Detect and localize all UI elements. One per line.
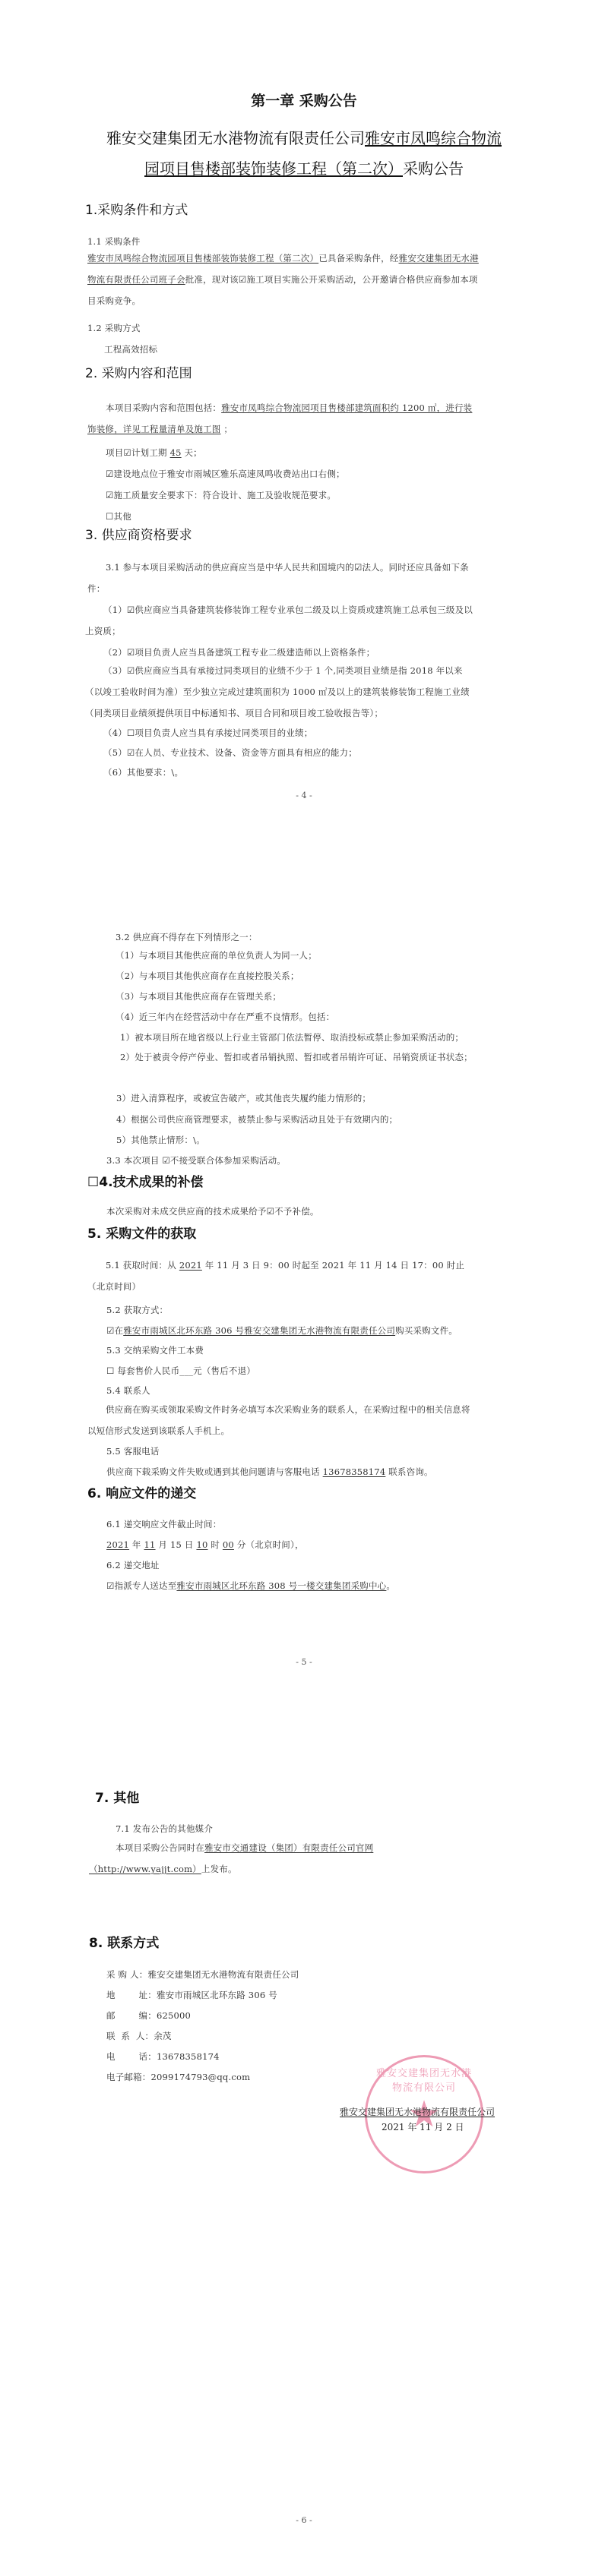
label: 邮 编： [106,2010,157,2021]
section-5-3-label: 5.3 交纳采购文件工本费 [106,1344,204,1356]
label: 电 话： [106,2051,157,2062]
day: 15 [170,1539,182,1550]
section-6-2-label: 6.2 递交地址 [106,1559,160,1571]
text: 上发布。 [201,1864,237,1874]
seal-text: 雅安交建集团无水港物流有限公司 [372,2065,477,2094]
section-5-heading: 5. 采购文件的获取 [87,1223,196,1242]
section-3-1-intro: 3.1 参与本项目采购活动的供应商应当是中华人民共和国境内的☑法人。同时还应具备… [87,557,479,599]
section-6-heading: 6. 响应文件的递交 [87,1482,196,1501]
section-7-heading: 7. 其他 [95,1787,139,1806]
hour: 10 [196,1539,207,1550]
exclusion-sub-2: 2）处于被责令停产停业、暂扣或者吊销执照、暂扣或者吊销许可证、吊销资质证书状态； [87,1046,479,1068]
exclusion-sub-4: 4）根据公司供应商管理要求，被禁止参与采购活动且处于有效期内的； [116,1113,397,1125]
section-1-2-label: 1.2 采购方式 [87,322,141,334]
text: 供应商下载采购文件失败或遇到其他问题请与客服电话 [106,1466,323,1477]
page-number: - 6 - [0,2515,608,2525]
project-name: 雅安市凤鸣综合物流园项目售楼部装饰装修工程（第二次） [87,253,318,264]
exclusion-item-2: （2）与本项目其他供应商存在直接控股关系； [116,970,299,982]
exclusion-item-4: （4）近三年内在经营活动中存在严重不良情形。包括： [116,1011,334,1023]
exclusion-sub-5: 5）其他禁止情形：\。 [116,1134,205,1146]
text: 施工质量安全要求下：符合设计、施工及验收规范要求。 [114,490,337,500]
value: 雅安市雨城区北环东路 306 号 [157,1990,277,2000]
contact-email: 电子邮箱：2099174793@qq.com [106,2071,250,2083]
section-3-2-intro: 3.2 供应商不得存在下列情形之一： [116,931,258,943]
label: 地 址： [106,1990,157,2000]
label: 联 系 人： [106,2031,154,2041]
text: 联系咨询。 [385,1466,432,1477]
contact-phone: 电 话：13678358174 [106,2050,220,2063]
checkbox-checked-icon: ☑ [106,490,114,500]
service-phone: 13678358174 [323,1466,386,1477]
scope-item-duration: 项目☑计划工期 45 天； [106,447,202,459]
section-5-5-label: 5.5 客服电话 [106,1445,160,1457]
text: 本项目采购公告同时在 [116,1842,204,1853]
text: ； [221,424,233,434]
title-prefix: 雅安交建集团无水港物流有限责任公司 [106,129,365,147]
page-number: - 5 - [0,1657,608,1667]
address: 雅安市雨城区北环东路 308 号一楼交建集团采购中心 [176,1580,386,1591]
text: 本项目采购内容和范围包括： [106,402,221,413]
value: 2099174793@qq.com [151,2072,251,2082]
duration-days: 45 [170,447,182,458]
year: 2021 [106,1539,129,1550]
section-4-heading: ☐4.技术成果的补偿 [87,1171,204,1190]
qualification-item-4: （4）☐项目负责人应当具有承接过同类项目的业绩； [85,722,479,743]
section-1-1-text: 雅安市凤鸣综合物流园项目售楼部装饰装修工程（第二次）已具备采购条件，经雅安交建集… [87,248,479,311]
exclusion-sub-1: 1）被本项目所在地省级以上行业主管部门依法暂停、取消投标或禁止参加采购活动的； [120,1031,464,1043]
contact-address: 地 址：雅安市雨城区北环东路 306 号 [106,1989,277,2001]
compensation-text: 本次采购对未成交供应商的技术成果给予☑不予补偿。 [106,1205,319,1217]
label: 采 购 人： [106,1969,148,1980]
text: 5.1 获取时间：从 [106,1260,179,1271]
contact-person: 联 系 人：余茂 [106,2030,172,2042]
scope-item-quality: ☑施工质量安全要求下：符合设计、施工及验收规范要求。 [106,489,336,501]
text: 已具备采购条件，经 [318,253,398,264]
section-3-3: 3.3 本次项目 ☑不接受联合体参加采购活动。 [106,1154,286,1166]
qualification-item-5: （5）☑在人员、专业技术、设备、资金等方面具有相应的能力； [85,742,479,763]
value: 13678358174 [157,2051,220,2062]
value: 625000 [157,2010,191,2021]
section-3-heading: 3. 供应商资格要求 [85,524,192,543]
value: 余茂 [154,2031,171,2041]
title-project-part1: 雅安市凤鸣综合物流 [365,129,502,147]
text: 购买采购文件。 [395,1325,458,1336]
text: 建设地点位于雅安市雨城区雅乐高速凤鸣收费站出口右侧； [114,469,345,479]
exclusion-item-3: （3）与本项目其他供应商存在管理关系； [116,990,281,1002]
section-5-2-label: 5.2 获取方式： [106,1304,168,1316]
acquisition-method: ☑在雅安市雨城区北环东路 306 号雅安交建集团无水港物流有限责任公司购买采购文… [106,1324,458,1337]
section-7-1-label: 7.1 发布公告的其他媒介 [116,1823,213,1835]
chapter-title: 第一章 采购公告 [0,90,608,110]
signature-date: 2021 年 11 月 2 日 [382,2120,464,2133]
contact-note: 供应商在购买或领取采购文件时务必填写本次采购业务的联系人，在采购过程中的相关信息… [87,1399,479,1441]
section-6-1-label: 6.1 递交响应文件截止时间： [106,1518,221,1530]
acquisition-address: 雅安市雨城区北环东路 306 号雅安交建集团无水港物流有限责任公司 [123,1325,395,1336]
text: ☑在 [106,1325,123,1336]
year: 2021 [179,1260,202,1271]
section-5-4-label: 5.4 联系人 [106,1384,150,1397]
text: 计划工期 [131,447,170,458]
contact-buyer: 采 购 人：雅安交建集团无水港物流有限责任公司 [106,1968,299,1981]
acquisition-time: 5.1 获取时间：从 2021 年 11 月 3 日 9：00 时起至 2021… [87,1255,479,1297]
value: 雅安交建集团无水港物流有限责任公司 [148,1969,299,1980]
qualification-item-3: （3）☑供应商应当具有承接过同类项目的业绩不少于 1 个,同类项目业绩是指 20… [85,660,479,724]
exclusion-item-1: （1）与本项目其他供应商的单位负责人为同一人； [116,949,317,961]
qualification-item-1: （1）☑供应商应当具备建筑装修装饰工程专业承包二级及以上资质或建筑施工总承包三级… [85,599,479,642]
exclusion-sub-3: 3）进入清算程序，或被宣告破产，或其他丧失履约能力情形的； [116,1092,371,1104]
qualification-item-6: （6）其他要求：\。 [85,762,479,783]
label: 电子邮箱： [106,2072,151,2082]
service-phone-text: 供应商下载采购文件失败或遇到其他问题请与客服电话 13678358174 联系咨… [106,1466,433,1478]
text: 项目 [106,447,123,458]
section-8-heading: 8. 联系方式 [89,1932,159,1951]
procurement-method: 工程高效招标 [104,343,157,355]
publication-media: 本项目采购公告同时在雅安市交通建设（集团）有限责任公司官网（http://www… [89,1837,480,1880]
contact-postcode: 邮 编：625000 [106,2009,191,2022]
checkbox-checked-icon: ☑ [106,469,114,479]
checkbox-checked-icon: ☑ [123,447,131,458]
submission-deadline: 2021 年 11 月 15 日 10 时 00 分（北京时间）， [106,1539,304,1551]
minute: 00 [223,1539,234,1550]
document-fee: ☐ 每套售价人民币___元（售后不退） [106,1365,255,1377]
scope-item-other: ☐其他 [106,510,131,522]
text: ☑指派专人送达至 [106,1580,176,1591]
signature-company: 雅安交建集团无水港物流有限责任公司 [340,2105,495,2118]
text: 其他 [114,511,131,522]
text: 天； [182,447,202,458]
title-suffix: 采购公告 [403,159,464,178]
document-title: 雅安交建集团无水港物流有限责任公司雅安市凤鸣综合物流 园项目售楼部装饰装修工程（… [84,123,524,184]
section-2-heading: 2. 采购内容和范围 [85,362,192,381]
text: 。 [386,1580,395,1591]
page-number: - 4 - [0,791,608,800]
scope-item-location: ☑建设地点位于雅安市雨城区雅乐高速凤鸣收费站出口右侧； [106,468,345,480]
section-1-heading: 1.采购条件和方式 [85,199,188,218]
submission-address: ☑指派专人送达至雅安市雨城区北环东路 308 号一楼交建集团采购中心。 [106,1580,395,1592]
checkbox-empty-icon: ☐ [106,511,114,522]
section-1-1-label: 1.1 采购条件 [87,235,141,248]
scope-text: 本项目采购内容和范围包括：雅安市凤鸣综合物流园项目售楼部建筑面积约 1200 ㎡… [87,397,479,440]
title-project-part2: 园项目售楼部装饰装修工程（第二次） [144,159,403,178]
text: 分（北京时间）， [237,1539,304,1550]
month: 11 [144,1539,156,1550]
